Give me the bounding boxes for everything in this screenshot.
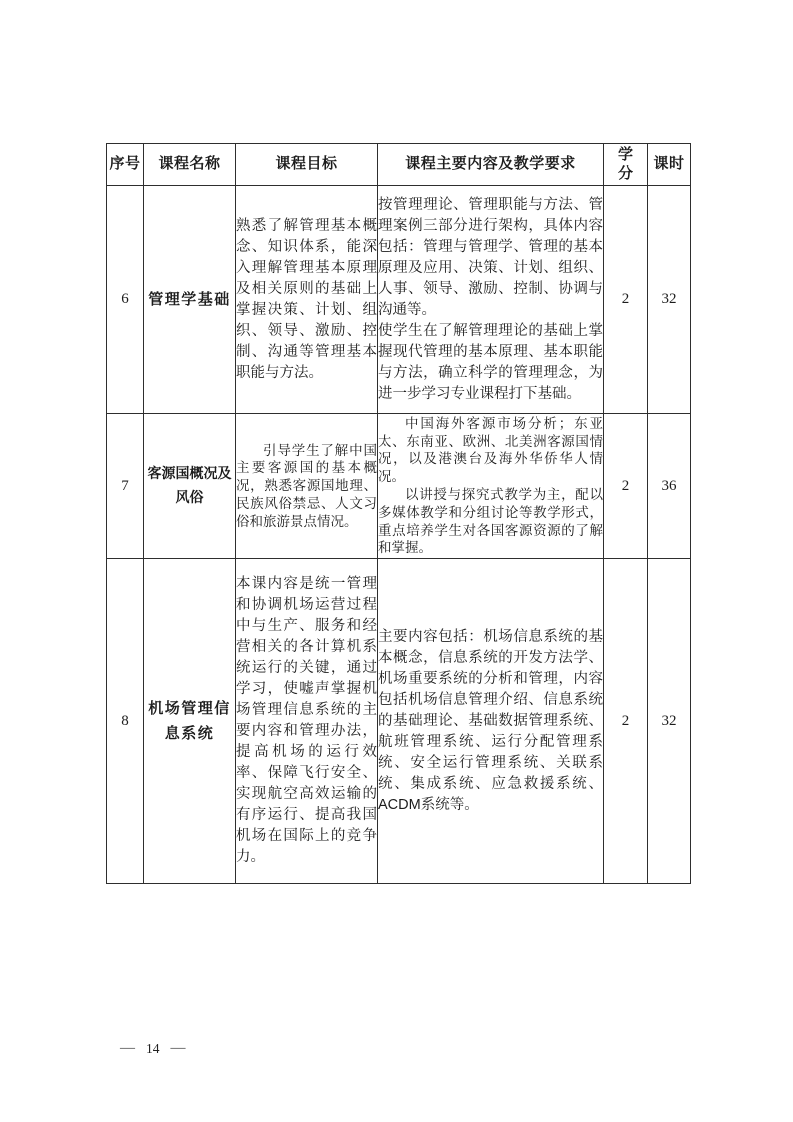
hours-cell: 32	[648, 186, 691, 414]
page-number: 14	[146, 1041, 160, 1057]
hours-cell: 32	[648, 559, 691, 884]
seq-cell: 7	[107, 414, 144, 559]
credits-cell: 2	[604, 559, 648, 884]
hours-cell: 36	[648, 414, 691, 559]
header-course-goal: 课程目标	[236, 144, 378, 186]
seq-cell: 8	[107, 559, 144, 884]
header-credits: 学分	[604, 144, 648, 186]
content-paragraph: 按管理理论、管理职能与方法、管理案例三部分进行架构，具体内容包括：管理与管理学、…	[378, 195, 603, 321]
credits-cell: 2	[604, 414, 648, 559]
course-table: 序号 课程名称 课程目标 课程主要内容及教学要求 学分 课时 6 管理学基础 熟…	[106, 143, 691, 884]
header-credits-label: 学分	[617, 145, 634, 184]
document-page: 序号 课程名称 课程目标 课程主要内容及教学要求 学分 课时 6 管理学基础 熟…	[0, 0, 793, 1122]
course-content-cell: 主要内容包括：机场信息系统的基本概念，信息系统的开发方法学、机场重要系统的分析和…	[378, 559, 604, 884]
course-goal-cell: 熟悉了解管理基本概念、知识体系，能深入理解管理基本原理及相关原则的基础上掌握决策…	[236, 186, 378, 414]
course-name-cell: 机场管理信息系统	[144, 559, 236, 884]
table-row-course-6: 6 管理学基础 熟悉了解管理基本概念、知识体系，能深入理解管理基本原理及相关原则…	[107, 186, 691, 414]
course-name-cell: 管理学基础	[144, 186, 236, 414]
content-paragraph: 以讲授与探究式教学为主，配以多媒体教学和分组讨论等教学形式，重点培养学生对各国客…	[378, 486, 603, 557]
header-hours: 课时	[648, 144, 691, 186]
goal-paragraph: 本课内容是统一管理和协调机场运营过程中与生产、服务和经营相关的各计算机系统运行的…	[236, 574, 377, 868]
course-name-cell: 客源国概况及风俗	[144, 414, 236, 559]
table-row-course-7: 7 客源国概况及风俗 引导学生了解中国主要客源国的基本概况，熟悉客源国地理、民族…	[107, 414, 691, 559]
content-paragraph: 主要内容包括：机场信息系统的基本概念，信息系统的开发方法学、机场重要系统的分析和…	[378, 627, 603, 816]
credits-cell: 2	[604, 186, 648, 414]
header-seq: 序号	[107, 144, 144, 186]
goal-paragraph: 引导学生了解中国主要客源国的基本概况，熟悉客源国地理、民族风俗禁忌、人文习俗和旅…	[236, 442, 377, 531]
header-course-name: 课程名称	[144, 144, 236, 186]
course-content-cell: 中国海外客源市场分析；东亚太、东南亚、欧洲、北美洲客源国情况，以及港澳台及海外华…	[378, 414, 604, 559]
footer-left-dash: —	[120, 1040, 135, 1057]
table-row-course-8: 8 机场管理信息系统 本课内容是统一管理和协调机场运营过程中与生产、服务和经营相…	[107, 559, 691, 884]
content-paragraph: 中国海外客源市场分析；东亚太、东南亚、欧洲、北美洲客源国情况，以及港澳台及海外华…	[378, 415, 603, 486]
seq-cell: 6	[107, 186, 144, 414]
footer-right-dash: —	[171, 1040, 186, 1057]
goal-paragraph: 熟悉了解管理基本概念、知识体系，能深入理解管理基本原理及相关原则的基础上掌握决策…	[236, 216, 377, 384]
header-course-content: 课程主要内容及教学要求	[378, 144, 604, 186]
course-goal-cell: 本课内容是统一管理和协调机场运营过程中与生产、服务和经营相关的各计算机系统运行的…	[236, 559, 378, 884]
course-content-cell: 按管理理论、管理职能与方法、管理案例三部分进行架构，具体内容包括：管理与管理学、…	[378, 186, 604, 414]
content-paragraph: 使学生在了解管理理论的基础上掌握现代管理的基本原理、基本职能与方法，确立科学的管…	[378, 321, 603, 405]
page-footer: — 14 —	[120, 1040, 186, 1057]
table-header-row: 序号 课程名称 课程目标 课程主要内容及教学要求 学分 课时	[107, 144, 691, 186]
course-goal-cell: 引导学生了解中国主要客源国的基本概况，熟悉客源国地理、民族风俗禁忌、人文习俗和旅…	[236, 414, 378, 559]
